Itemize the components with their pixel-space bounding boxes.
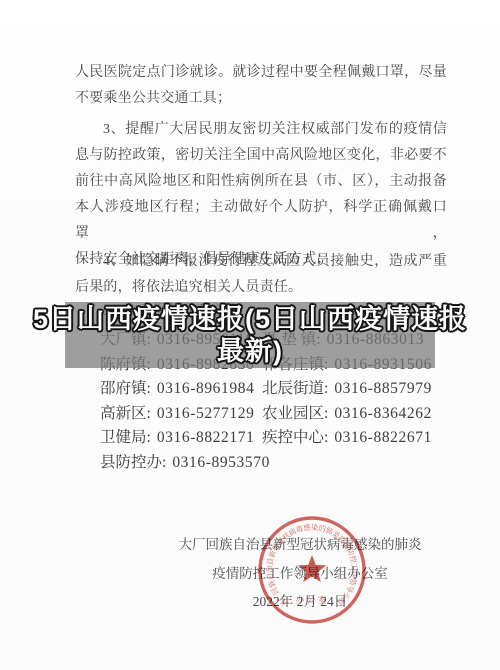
contact-label: 农业园区: [262, 402, 328, 427]
text-line: 人民医院定点门诊就诊。就诊过程中要全程佩戴口罩，尽量 [75, 60, 447, 86]
contact-entry: 县防控办: 0316-8953570 [100, 451, 262, 476]
contact-label: 高新区: [100, 402, 151, 427]
text-line: 4、如隐瞒不报涉疫行程及风险人员接触史，造成严重 [75, 249, 447, 275]
contact-row: 高新区: 0316-5277129 农业园区: 0316-8364262 [100, 402, 440, 427]
contact-label: 邵府镇: [100, 377, 151, 402]
document-photo: 人民医院定点门诊就诊。就诊过程中要全程佩戴口罩，尽量 不要乘坐公共交通工具； 3… [0, 0, 500, 670]
contact-entry: 北辰街道: 0316-8857979 [262, 377, 440, 402]
official-seal: 大厂回族自治县新型冠状病毒感染的肺炎疫情防控工作领导小组 办公室 [256, 514, 368, 626]
contact-label: 县防控办: [100, 451, 166, 476]
contact-phone: 0316-8857979 [334, 377, 432, 402]
contact-entry: 卫健局: 0316-8822171 [100, 426, 262, 451]
contact-entry: 高新区: 0316-5277129 [100, 402, 262, 427]
text-line: 3、提醒广大居民朋友密切关注权威部门发布的疫情信 [75, 117, 447, 143]
text-line: 息与防控政策，密切关注全国中高风险地区变化，非必要不 [75, 143, 447, 169]
contact-entry: 邵府镇: 0316-8961984 [100, 377, 262, 402]
text-line: 本人涉疫地区行程；主动做好个人防护，科学正确佩戴口罩， [75, 195, 447, 247]
contact-entry: 农业园区: 0316-8364262 [262, 402, 440, 427]
contact-phone: 0316-8953570 [172, 451, 270, 476]
contact-row: 邵府镇: 0316-8961984 北辰街道: 0316-8857979 [100, 377, 440, 402]
contact-phone: 0316-5277129 [157, 402, 255, 427]
headline-overlay: 5日山西疫情速报(5日山西疫情速报 最新) [65, 302, 435, 368]
contact-entry [262, 451, 440, 476]
contact-entry: 疾控中心: 0316-8822671 [262, 426, 440, 451]
paragraph-medical-advice: 人民医院定点门诊就诊。就诊过程中要全程佩戴口罩，尽量 不要乘坐公共交通工具； [75, 60, 447, 112]
paragraph-item-4: 4、如隐瞒不报涉疫行程及风险人员接触史，造成严重 后果的，将依法追究相关人员责任… [75, 249, 447, 301]
contact-phone: 0316-8822671 [334, 426, 432, 451]
contact-phone: 0316-8822171 [157, 426, 255, 451]
contact-phone: 0316-8364262 [334, 402, 432, 427]
seal-graphic: 大厂回族自治县新型冠状病毒感染的肺炎疫情防控工作领导小组 办公室 [256, 514, 368, 626]
text-line: 前往中高风险地区和阳性病例所在县（市、区），主动报备 [75, 169, 447, 195]
text-line: 后果的，将依法追究相关人员责任。 [75, 275, 447, 301]
contact-label: 卫健局: [100, 426, 151, 451]
seal-bottom-text: 办公室 [295, 594, 328, 605]
text-line: 不要乘坐公共交通工具； [75, 86, 447, 112]
contact-label: 疾控中心: [262, 426, 328, 451]
headline-text: 最新) [217, 335, 283, 367]
contact-label: 北辰街道: [262, 377, 328, 402]
headline-text: 5日山西疫情速报(5日山西疫情速报 [33, 303, 467, 335]
contact-row: 县防控办: 0316-8953570 [100, 451, 440, 476]
contact-row: 卫健局: 0316-8822171 疾控中心: 0316-8822671 [100, 426, 440, 451]
star-icon [298, 555, 327, 582]
contact-phone: 0316-8961984 [157, 377, 255, 402]
